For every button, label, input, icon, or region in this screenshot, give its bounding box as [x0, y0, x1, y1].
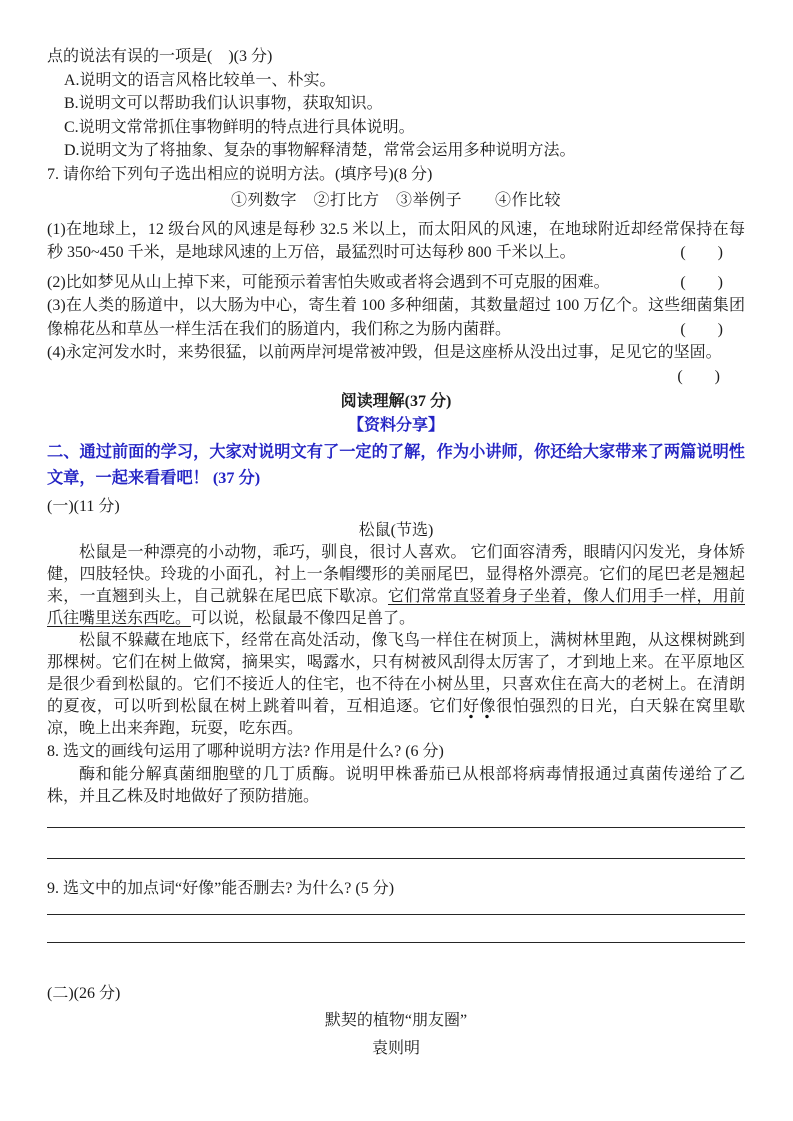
passage-1-paragraph-1: 松鼠是一种漂亮的小动物，乖巧，驯良，很讨人喜欢。 它们面容清秀，眼睛闪闪发光，身…: [47, 542, 745, 630]
method-item-2: (2)比如梦见从山上掉下来，可能预示着害怕失败或者将会遇到不可克服的困难。 ( …: [47, 271, 745, 295]
item-4-text: (4)永定河发水时，来势很猛，以前两岸河堤常被冲毁，但是这座桥从没出过事，足见它…: [47, 344, 722, 361]
passage-1-paragraph-2: 松鼠不躲藏在地底下，经常在高处活动，像飞鸟一样住在树顶上，满树林里跑，从这棵树跳…: [47, 630, 745, 740]
question-8-answer-text: 酶和能分解真菌细胞壁的几丁质酶。说明甲株番茄已从根部将病毒情报通过真菌传递给了乙…: [47, 764, 745, 808]
answer-bracket-4: ( ): [47, 365, 745, 389]
answer-line-2: [47, 858, 745, 859]
passage-1-points: (一)(11 分): [47, 495, 745, 519]
answer-bracket-2: ( ): [680, 271, 723, 295]
item-1-text: (1)在地球上，12 级台风的风速是每秒 32.5 米以上，而太阳风的风速，在地…: [47, 221, 745, 262]
question-6-option-a: A.说明文的语言风格比较单一、朴实。: [47, 69, 745, 93]
question-6-option-b: B.说明文可以帮助我们认识事物，获取知识。: [47, 92, 745, 116]
material-share-tag: 【资料分享】: [47, 414, 745, 438]
method-choices: ①列数字 ②打比方 ③举例子 ④作比较: [47, 189, 745, 213]
question-6-option-c: C.说明文常常抓住事物鲜明的特点进行具体说明。: [47, 116, 745, 140]
passage-1-title: 松鼠(节选): [47, 519, 745, 543]
passage-2-author: 袁则明: [47, 1037, 745, 1061]
question-6-stem: 点的说法有误的一项是( )(3 分): [47, 45, 745, 69]
section-title: 阅读理解(37 分): [47, 390, 745, 414]
method-item-4: (4)永定河发水时，来势很猛，以前两岸河堤常被冲毁，但是这座桥从没出过事，足见它…: [47, 341, 745, 365]
item-2-text: (2)比如梦见从山上掉下来，可能预示着害怕失败或者将会遇到不可克服的困难。: [47, 274, 610, 291]
answer-line-4: [47, 942, 745, 943]
answer-line-3: [47, 914, 745, 915]
passage-2-title: 默契的植物“朋友圈”: [47, 1009, 745, 1033]
question-7-stem: 7. 请你给下列句子选出相应的说明方法。(填序号)(8 分): [47, 163, 745, 187]
answer-line-1: [47, 827, 745, 828]
answer-bracket-3: ( ): [680, 318, 723, 342]
paragraph-1-text-end: 可以说，松鼠最不像四足兽了。: [191, 610, 415, 627]
question-6-option-d: D.说明文为了将抽象、复杂的事物解释清楚，常常会运用多种说明方法。: [47, 139, 745, 163]
passage-2-points: (二)(26 分): [47, 982, 745, 1006]
method-item-3: (3)在人类的肠道中，以大肠为中心，寄生着 100 多种细菌，其数量超过 100…: [47, 294, 745, 341]
method-item-1: (1)在地球上，12 级台风的风速是每秒 32.5 米以上，而太阳风的风速，在地…: [47, 218, 745, 265]
item-3-text: (3)在人类的肠道中，以大肠为中心，寄生着 100 多种细菌，其数量超过 100…: [47, 297, 745, 338]
emphasized-word: 好像: [463, 698, 496, 719]
question-9: 9. 选文中的加点词“好像”能否删去? 为什么? (5 分): [47, 877, 745, 901]
question-8: 8. 选文的画线句运用了哪种说明方法? 作用是什么? (6 分): [47, 740, 745, 764]
section-2-intro: 二、通过前面的学习，大家对说明文有了一定的了解，作为小讲师，你还给大家带来了两篇…: [47, 439, 745, 491]
answer-bracket-1: ( ): [680, 241, 723, 265]
exam-page: 点的说法有误的一项是( )(3 分) A.说明文的语言风格比较单一、朴实。 B.…: [0, 0, 793, 1121]
